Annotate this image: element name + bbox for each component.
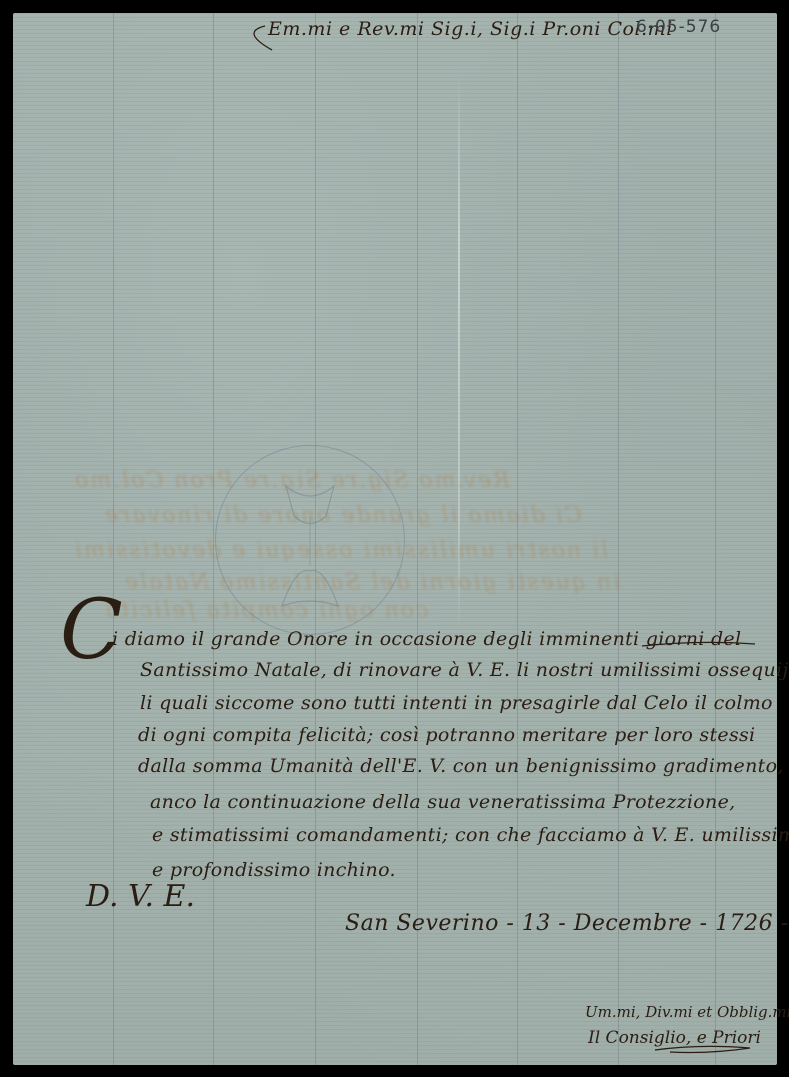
body-line: e stimatissimi comandamenti; con che fac… xyxy=(152,826,789,845)
header-salutation: Em.mi e Rev.mi Sig.i, Sig.i Pr.oni Col.m… xyxy=(268,20,673,39)
body-line: anco la continuazione della sua venerati… xyxy=(150,793,735,812)
watermark-emblem-icon xyxy=(216,446,404,634)
body-line: e profondissimo inchino. xyxy=(152,861,396,880)
body-line: Santissimo Natale, di rinovare à V. E. l… xyxy=(140,661,789,680)
body-line: li quali siccome sono tutti intenti in p… xyxy=(140,694,773,713)
signature-flourish-icon xyxy=(650,1040,760,1060)
signature-line-1: Um.mi, Div.mi et Obblig.mi Servitori xyxy=(585,1005,789,1020)
body-line: dalla somma Umanità dell'E. V. con un be… xyxy=(138,757,784,776)
chain-line xyxy=(715,13,716,1065)
line-end-flourish-icon xyxy=(640,638,760,652)
chain-line xyxy=(618,13,619,1065)
place-and-date: San Severino - 13 - Decembre - 1726 - xyxy=(345,913,789,935)
header-flourish-icon xyxy=(40,14,280,64)
archive-reference-number: 6-05-576 xyxy=(636,17,721,37)
closing-abbreviation: D. V. E. xyxy=(86,882,195,912)
watermark-circle xyxy=(215,445,405,635)
body-line: di ogni compita felicità; così potranno … xyxy=(138,726,755,745)
